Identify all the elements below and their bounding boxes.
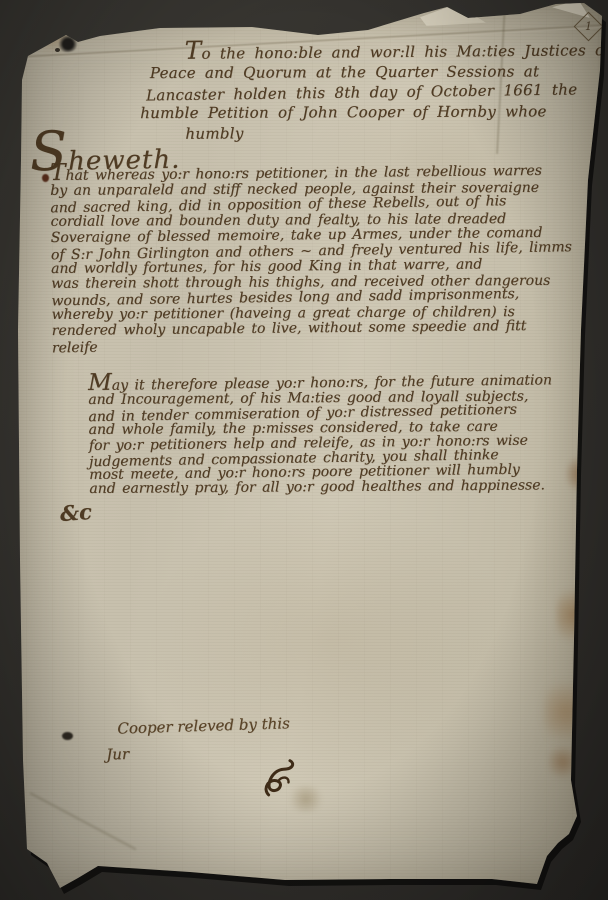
petition-body: That whereas yo:r hono:rs petitioner, in… bbox=[50, 162, 573, 355]
manuscript-line: and whole family, the p:misses considere… bbox=[89, 419, 553, 438]
closing-mark: &c bbox=[59, 499, 92, 526]
photograph-background: 1 To the hono:ble and wor:ll his Ma:ties… bbox=[0, 0, 608, 900]
manuscript-line: cordiall love and bounden duty and fealt… bbox=[51, 211, 572, 230]
petition-heading: To the hono:ble and wor:ll his Ma:ties J… bbox=[138, 40, 608, 144]
clerk-endorsement: Cooper releved by this Jur bbox=[105, 710, 291, 768]
flourish-icon bbox=[254, 754, 308, 805]
manuscript-line: To the hono:ble and wor:ll his Ma:ties J… bbox=[185, 40, 608, 64]
manuscript-paper: 1 To the hono:ble and wor:ll his Ma:ties… bbox=[0, 0, 608, 900]
folded-corner bbox=[420, 4, 486, 26]
manuscript-line: humbly bbox=[185, 120, 608, 144]
folio-number: 1 bbox=[585, 20, 592, 33]
petition-prayer: May it therefore please yo:r hono:rs, fo… bbox=[88, 371, 553, 498]
manuscript-line: humble Petition of John Cooper of Hornby… bbox=[140, 101, 608, 123]
ink-flourish-knot bbox=[254, 754, 309, 809]
manuscript-line: whereby yo:r petitioner (haveing a great… bbox=[52, 304, 573, 323]
